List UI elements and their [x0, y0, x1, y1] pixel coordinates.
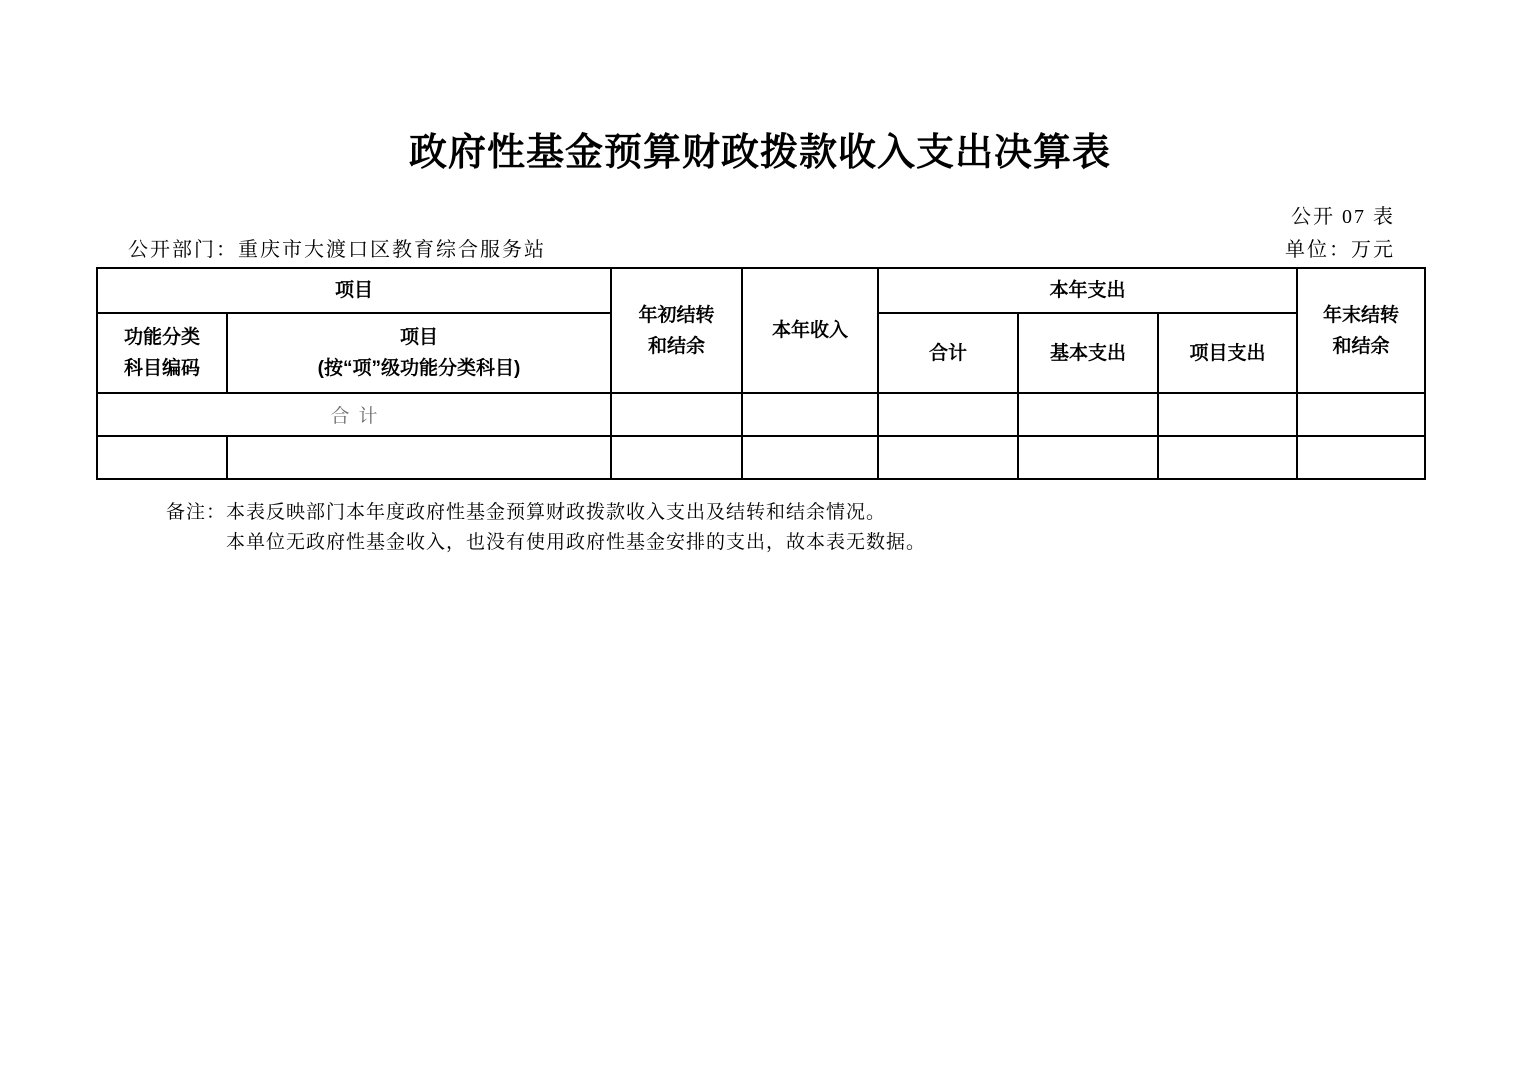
table-cell-expense-total — [878, 393, 1018, 436]
notes-line-1: 本表反映部门本年度政府性基金预算财政拨款收入支出及结转和结余情况。 — [226, 498, 926, 528]
notes-label: 备注： — [166, 498, 226, 528]
table-cell-income — [742, 436, 878, 479]
header-end-year-balance: 年末结转 和结余 — [1297, 268, 1425, 393]
table-cell-project-expense — [1158, 393, 1297, 436]
budget-table: 项目 年初结转 和结余 本年收入 本年支出 年末结转 和结余 功能分类 科目编码… — [96, 267, 1426, 480]
table-cell-end-balance — [1297, 436, 1425, 479]
department-label: 公开部门：重庆市大渡口区教育综合服务站 — [128, 237, 546, 263]
table-cell-end-balance — [1297, 393, 1425, 436]
page-title: 政府性基金预算财政拨款收入支出决算表 — [0, 130, 1520, 176]
table-cell-begin-balance — [611, 436, 742, 479]
header-project-group: 项目 — [97, 268, 611, 313]
header-project-expense: 项目支出 — [1158, 313, 1297, 393]
notes-body: 本表反映部门本年度政府性基金预算财政拨款收入支出及结转和结余情况。 本单位无政府… — [226, 498, 926, 558]
header-project-detail: 项目 (按“项”级功能分类科目) — [227, 313, 611, 393]
header-current-year-income: 本年收入 — [742, 268, 878, 393]
header-current-year-expense: 本年支出 — [878, 268, 1297, 313]
header-begin-year-balance: 年初结转 和结余 — [611, 268, 742, 393]
total-row-label: 合计 — [97, 393, 611, 436]
notes-line-2: 本单位无政府性基金收入，也没有使用政府性基金安排的支出，故本表无数据。 — [226, 528, 926, 558]
table-cell-func-code — [97, 436, 227, 479]
table-cell-expense-total — [878, 436, 1018, 479]
table-cell-basic-expense — [1018, 393, 1158, 436]
notes-block: 备注： 本表反映部门本年度政府性基金预算财政拨款收入支出及结转和结余情况。 本单… — [166, 498, 926, 558]
header-expense-total: 合计 — [878, 313, 1018, 393]
header-row-1: 项目 年初结转 和结余 本年收入 本年支出 年末结转 和结余 — [97, 268, 1425, 313]
table-row-empty — [97, 436, 1425, 479]
table-code-label: 公开 07 表 — [1291, 204, 1395, 230]
header-basic-expense: 基本支出 — [1018, 313, 1158, 393]
unit-label: 单位：万元 — [1285, 237, 1395, 263]
header-func-class-code: 功能分类 科目编码 — [97, 313, 227, 393]
table-cell-project-expense — [1158, 436, 1297, 479]
document-page: 政府性基金预算财政拨款收入支出决算表 公开 07 表 公开部门：重庆市大渡口区教… — [0, 0, 1520, 1074]
table-cell-basic-expense — [1018, 436, 1158, 479]
table-cell-project — [227, 436, 611, 479]
table-cell-income — [742, 393, 878, 436]
table-cell-begin-balance — [611, 393, 742, 436]
table-row-total: 合计 — [97, 393, 1425, 436]
